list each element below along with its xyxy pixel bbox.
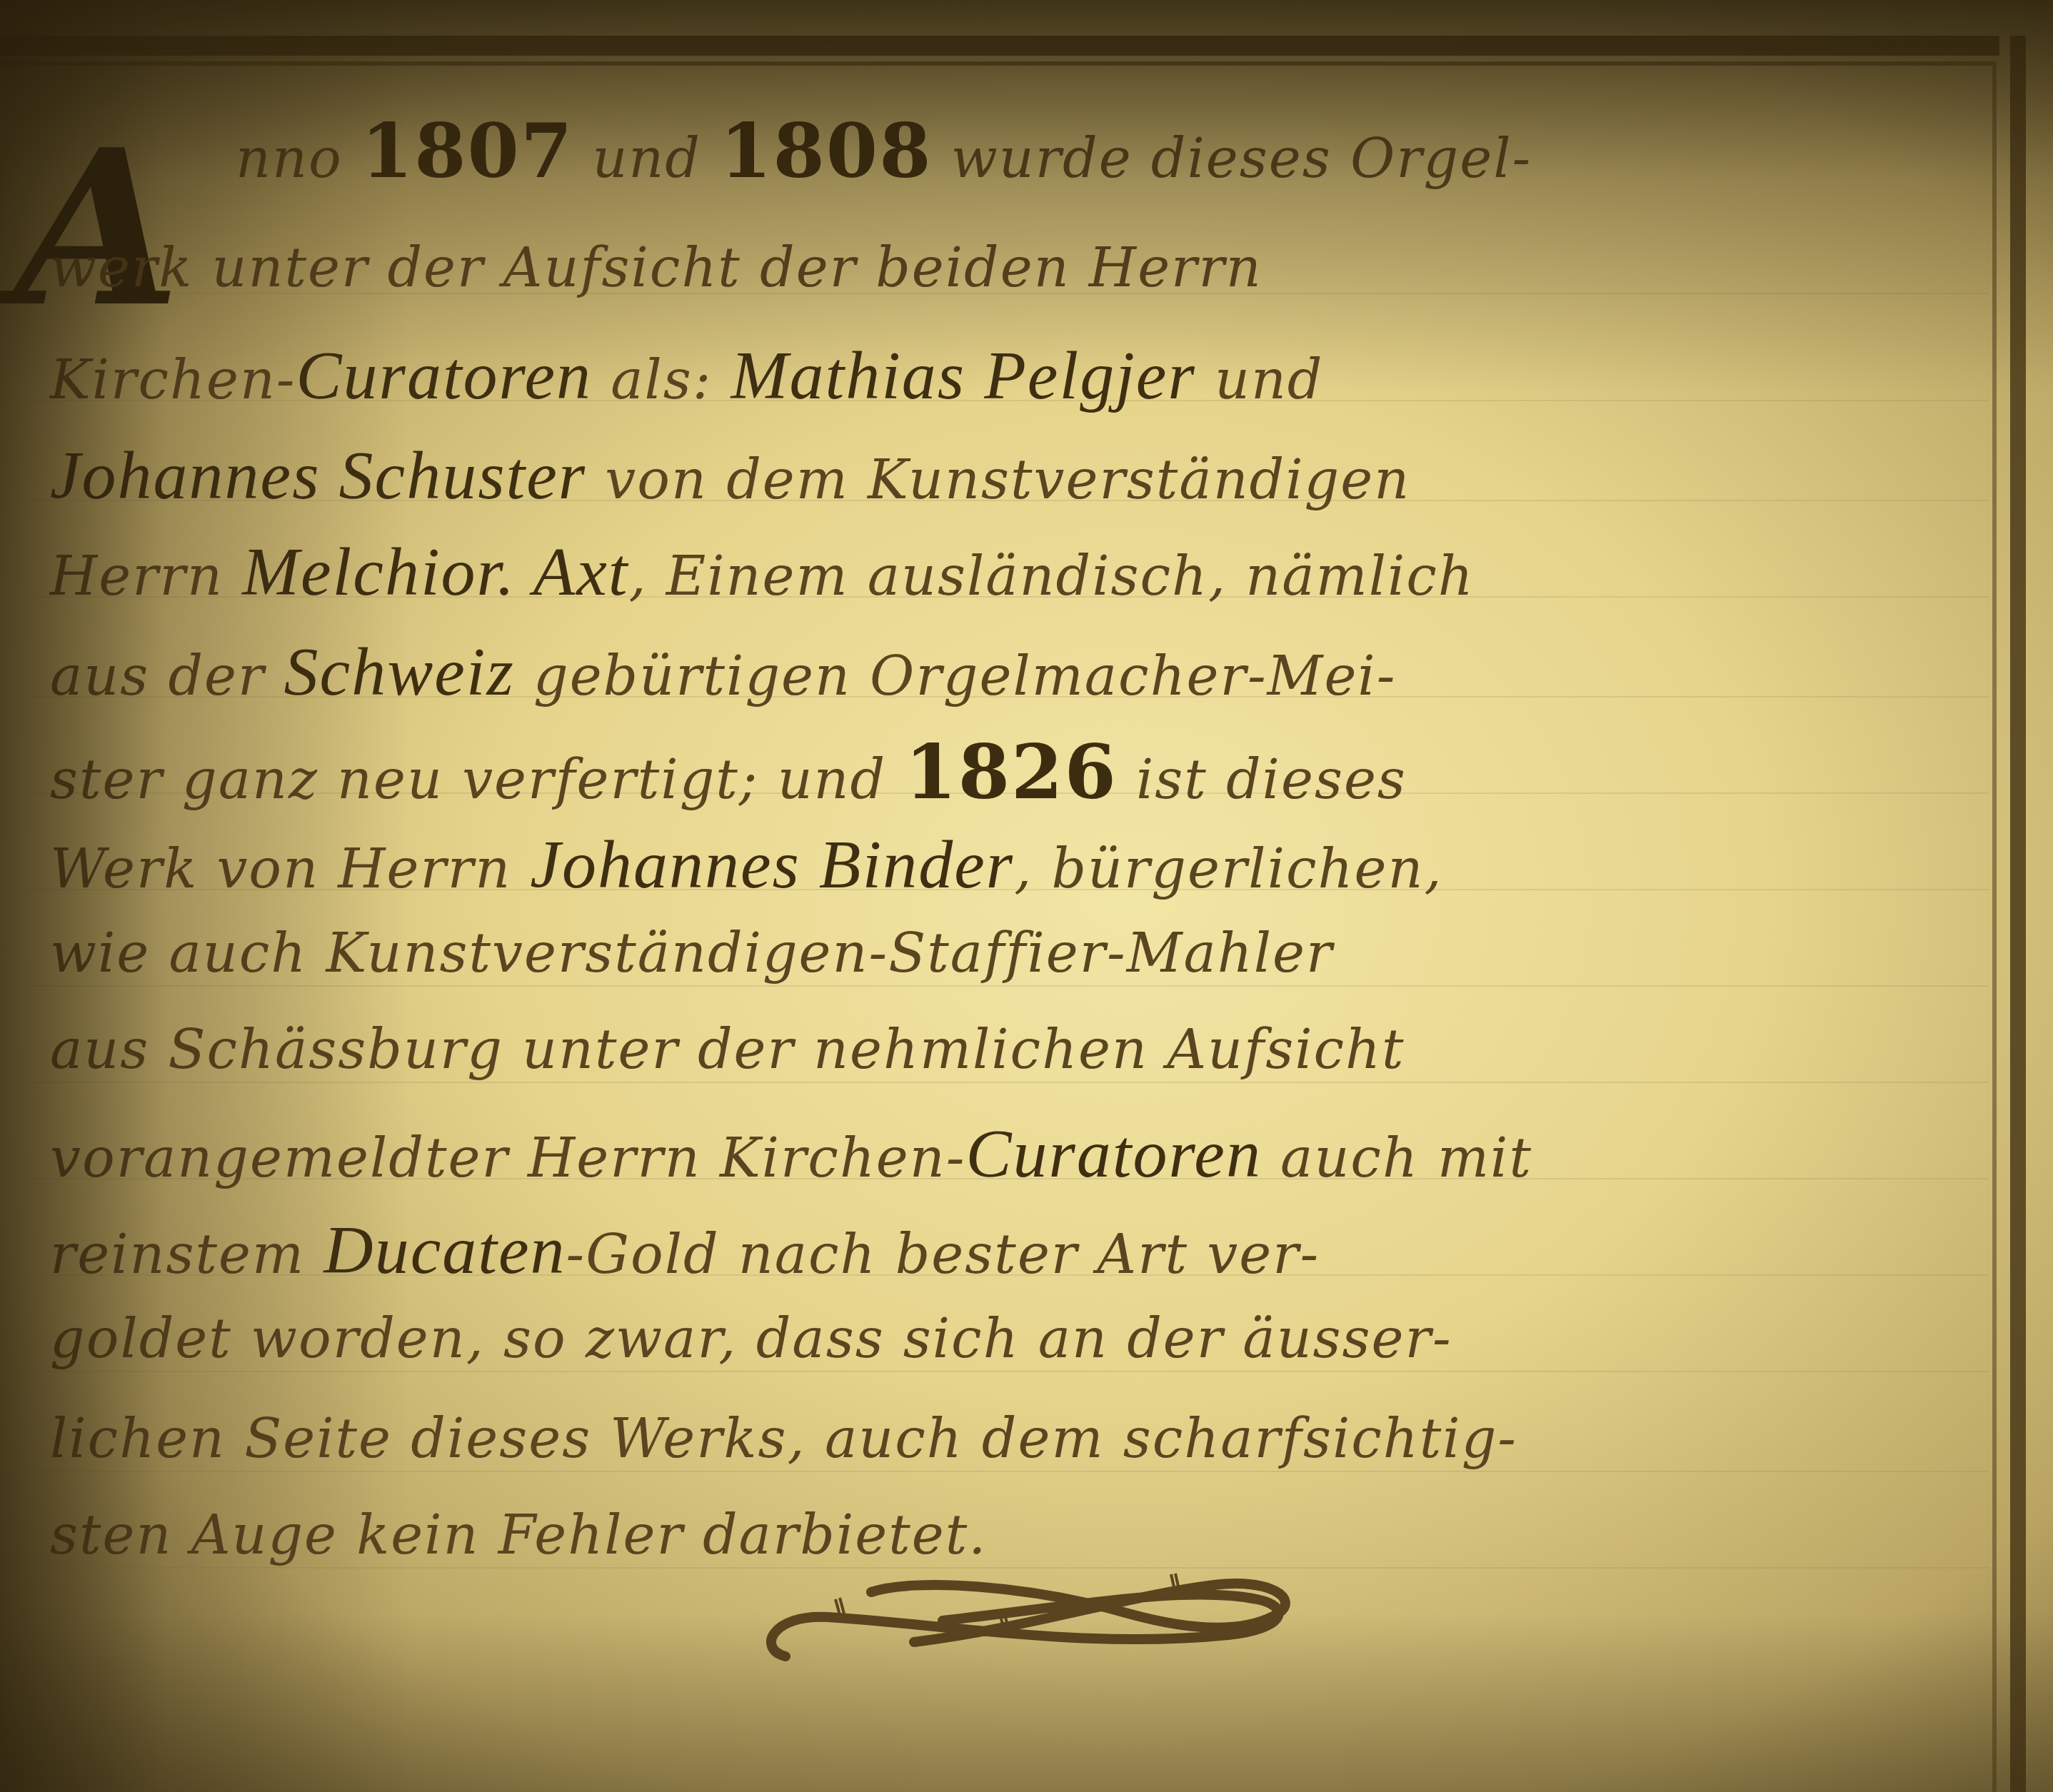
script-text: wurde dieses Orgel- [933,126,1532,190]
manuscript-line: nno 1807 und 1808 wurde dieses Orgel- [236,107,1532,195]
proper-name: Melchior. Axt [242,533,628,610]
manuscript-line: Kirchen-Curatoren als: Mathias Pelgjer u… [50,336,1323,415]
script-text: und [1196,348,1324,411]
script-text: werk unter der Aufsicht der beiden Herrn [50,236,1263,299]
script-text: vorangemeldter Herrn Kirchen- [50,1126,965,1189]
script-text: aus Schässburg unter der nehmlichen Aufs… [50,1017,1405,1081]
manuscript-line: Herrn Melchior. Axt, Einem ausländisch, … [50,532,1475,611]
manuscript-line: Johannes Schuster von dem Kunstverständi… [50,436,1410,515]
manuscript-line: aus Schässburg unter der nehmlichen Aufs… [50,1017,1405,1081]
script-text: als: [592,348,731,411]
script-text: Werk von Herrn [50,837,530,900]
manuscript-line: goldet worden, so zwar, dass sich an der… [50,1307,1452,1370]
script-text: sten Auge kein Fehler darbietet. [50,1503,987,1566]
year-numeral: 1807 [361,107,573,195]
proper-name: Mathias Pelgjer [731,337,1196,413]
proper-name: Schweiz [284,633,515,710]
year-numeral: 1826 [905,728,1117,816]
manuscript-line: wie auch Kunstverständigen-Staffier-Mahl… [50,921,1333,985]
ruled-line [29,1471,1989,1472]
script-text: gebürtigen Orgelmacher-Mei- [515,644,1397,708]
ruled-line [29,1371,1989,1372]
manuscript-line: Werk von Herrn Johannes Binder, bürgerli… [50,825,1443,904]
manuscript-line: vorangemeldter Herrn Kirchen-Curatoren a… [50,1114,1532,1193]
script-text: und [573,126,720,190]
manuscript-line: ster ganz neu verfertigt; und 1826 ist d… [50,728,1407,816]
manuscript-line: lichen Seite dieses Werks, auch dem scha… [50,1406,1517,1470]
proper-name: Johannes Binder [530,826,1014,902]
ruled-line [29,985,1989,987]
script-text: , Einem ausländisch, nämlich [628,544,1474,608]
script-text: auch mit [1262,1126,1532,1189]
year-numeral: 1808 [720,107,932,195]
script-text: reinstem [50,1222,323,1286]
decorated-initial: A [14,121,181,336]
script-text: ist dieses [1118,747,1407,811]
ruled-line [29,1082,1989,1083]
manuscript-line: aus der Schweiz gebürtigen Orgelmacher-M… [50,632,1396,711]
script-text: aus der [50,644,284,708]
script-text: , bürgerlichen, [1014,837,1442,900]
frame-border-top [0,36,1999,56]
script-text: von dem Kunstverständigen [586,448,1410,511]
script-text: nno [236,126,361,190]
frame-border-right [2010,36,2026,1792]
script-text: ster ganz neu verfertigt; und [50,747,905,811]
manuscript-line: reinstem Ducaten-Gold nach bester Art ve… [50,1210,1320,1289]
proper-name: Curatoren [965,1115,1261,1192]
script-text: wie auch Kunstverständigen-Staffier-Mahl… [50,921,1333,985]
end-flourish-icon [728,1564,1300,1671]
script-text: Kirchen- [50,348,296,411]
frame-border-right-inner [1992,61,1997,1792]
frame-border-top-inner [0,61,1992,66]
proper-name: Johannes Schuster [50,437,586,513]
manuscript-line: sten Auge kein Fehler darbietet. [50,1503,987,1566]
script-text: goldet worden, so zwar, dass sich an der… [50,1307,1452,1370]
script-text: -Gold nach bester Art ver- [566,1222,1320,1286]
proper-name: Curatoren [296,337,592,413]
document-frame: A nno 1807 und 1808 wurde dieses Orgel-w… [0,0,2053,1792]
script-text: lichen Seite dieses Werks, auch dem scha… [50,1406,1517,1470]
manuscript-line: werk unter der Aufsicht der beiden Herrn [50,236,1263,299]
script-text: Herrn [50,544,242,608]
proper-name: Ducaten [323,1212,566,1288]
